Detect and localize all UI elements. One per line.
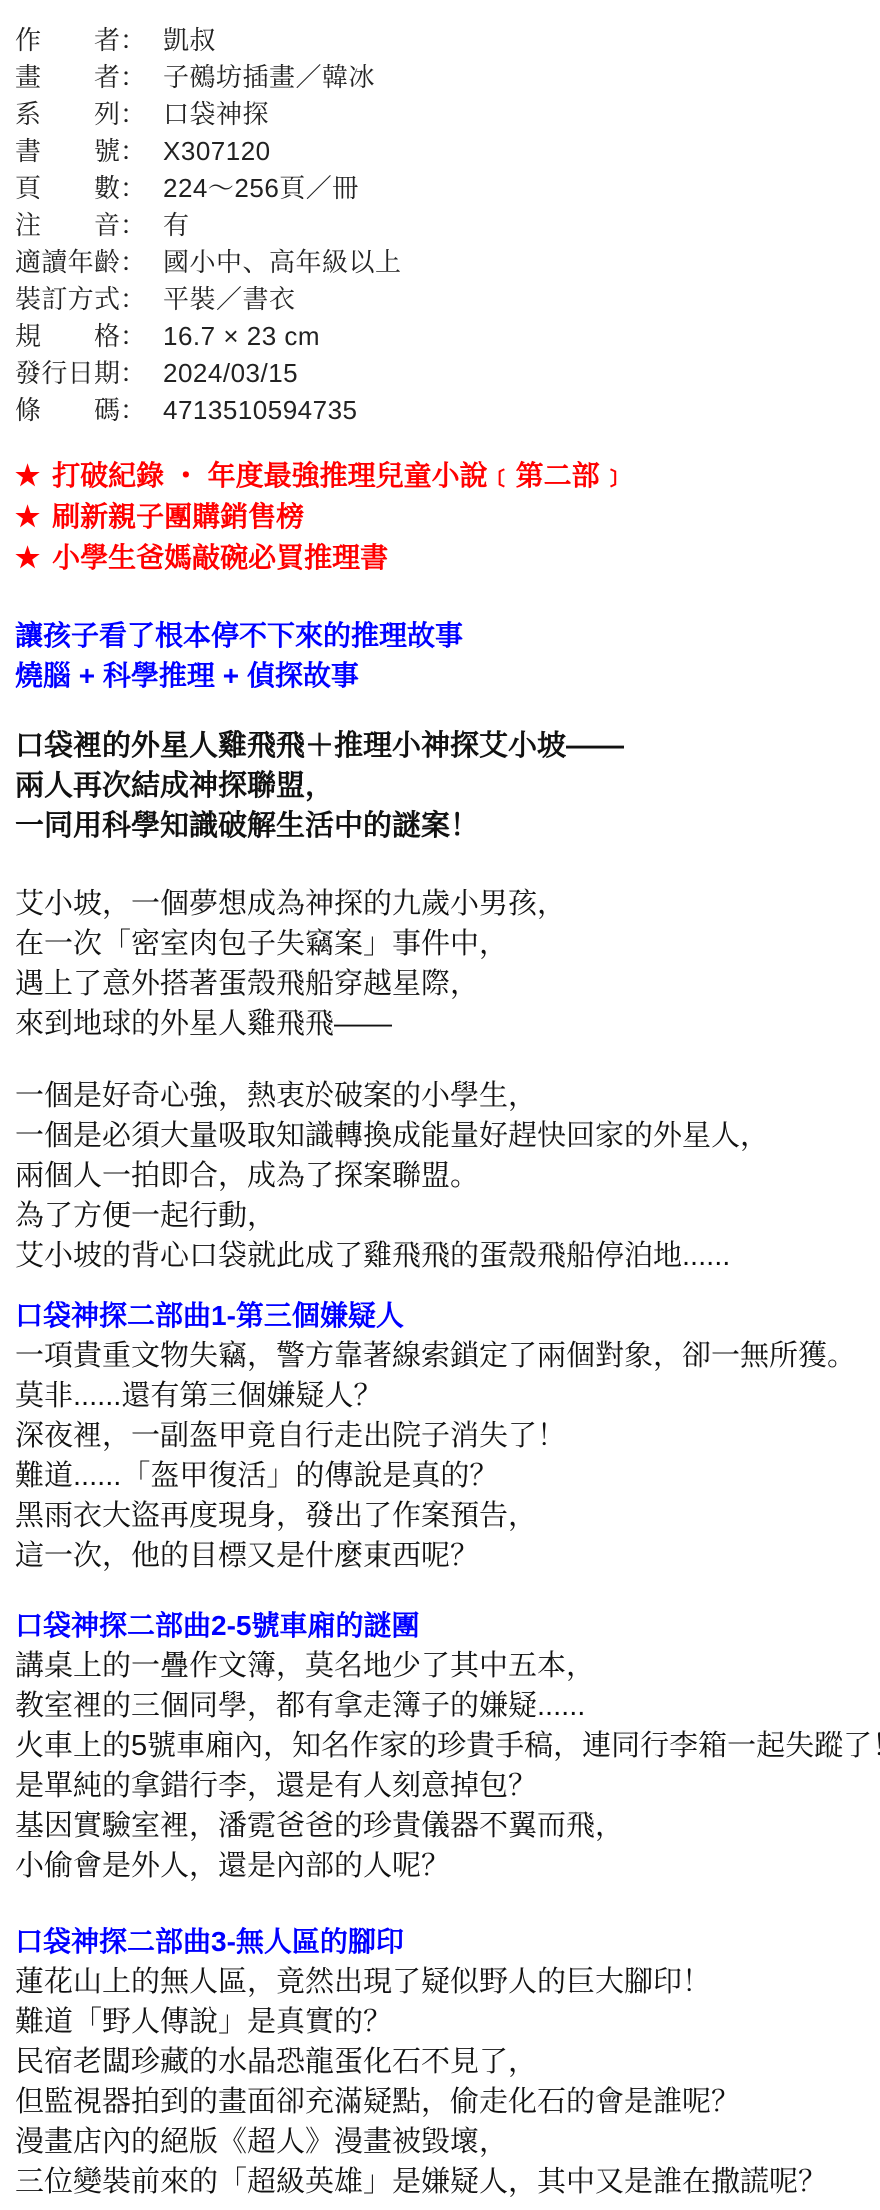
meta-row-zhuyin: 注音：有	[15, 207, 875, 244]
tagline-block: 讓孩子看了根本停不下來的推理故事 燒腦 + 科學推理 + 偵探故事	[15, 616, 875, 696]
meta-label: 頁數	[15, 170, 120, 207]
story-line: 艾小坡的背心口袋就此成了雞飛飛的蛋殼飛船停泊地......	[15, 1236, 875, 1276]
tagline-line: 燒腦 + 科學推理 + 偵探故事	[15, 656, 875, 696]
meta-label: 適讀年齡	[15, 244, 120, 281]
highlight-line: ★刷新親子團購銷售榜	[15, 496, 875, 537]
book-section-heading: 口袋神探二部曲3-無人區的腳印	[15, 1922, 875, 1962]
section-line: 難道......「盔甲復活」的傳說是真的？	[15, 1456, 875, 1496]
story-line: 兩個人一拍即合，成為了探案聯盟。	[15, 1156, 875, 1196]
book-section-heading: 口袋神探二部曲2-5號車廂的謎團	[15, 1606, 875, 1646]
section-line: 這一次，他的目標又是什麼東西呢？	[15, 1536, 875, 1576]
meta-label: 發行日期	[15, 355, 120, 392]
meta-colon: ：	[120, 318, 146, 355]
meta-colon: ：	[120, 133, 146, 170]
meta-colon: ：	[120, 244, 146, 281]
meta-row-illustrator: 畫者：子鵺坊插畫／韓冰	[15, 59, 875, 96]
section-line: 莫非......還有第三個嫌疑人？	[15, 1376, 875, 1416]
book-metadata: 作者：凱叔 畫者：子鵺坊插畫／韓冰 系列：口袋神探 書號：X307120 頁數：…	[15, 22, 875, 429]
meta-row-pages: 頁數：224～256頁／冊	[15, 170, 875, 207]
book-section-3: 口袋神探二部曲3-無人區的腳印 蓮花山上的無人區，竟然出現了疑似野人的巨大腳印！…	[15, 1922, 875, 2202]
meta-row-dimensions: 規格：16.7 × 23 cm	[15, 318, 875, 355]
meta-value: 4713510594735	[163, 395, 357, 425]
star-icon: ★	[15, 542, 40, 573]
series-intro-line: 兩人再次結成神探聯盟，	[15, 766, 875, 806]
highlight-line: ★小學生爸媽敲碗必買推理書	[15, 537, 875, 578]
meta-label: 規格	[15, 318, 120, 355]
section-line: 蓮花山上的無人區，竟然出現了疑似野人的巨大腳印！	[15, 1962, 875, 2002]
meta-label: 畫者	[15, 59, 120, 96]
highlight-text: 刷新親子團購銷售榜	[52, 501, 304, 532]
section-line: 講桌上的一疊作文簿，莫名地少了其中五本，	[15, 1646, 875, 1686]
book-section-2: 口袋神探二部曲2-5號車廂的謎團 講桌上的一疊作文簿，莫名地少了其中五本， 教室…	[15, 1606, 875, 1886]
star-icon: ★	[15, 501, 40, 532]
meta-colon: ：	[120, 207, 146, 244]
story-line: 為了方便一起行動，	[15, 1196, 875, 1236]
meta-value: 平裝／書衣	[163, 284, 296, 314]
section-line: 是單純的拿錯行李，還是有人刻意掉包？	[15, 1766, 875, 1806]
book-section-heading: 口袋神探二部曲1-第三個嫌疑人	[15, 1296, 875, 1336]
meta-colon: ：	[120, 392, 146, 429]
meta-row-barcode: 條碼：4713510594735	[15, 392, 875, 429]
meta-value: 有	[163, 210, 190, 240]
meta-row-release-date: 發行日期：2024/03/15	[15, 355, 875, 392]
meta-value: 224～256頁／冊	[163, 173, 359, 203]
section-line: 深夜裡，一副盔甲竟自行走出院子消失了！	[15, 1416, 875, 1456]
meta-value: 16.7 × 23 cm	[163, 321, 320, 351]
meta-colon: ：	[120, 170, 146, 207]
meta-row-reading-age: 適讀年齡：國小中、高年級以上	[15, 244, 875, 281]
section-line: 一項貴重文物失竊，警方靠著線索鎖定了兩個對象，卻一無所獲。	[15, 1336, 875, 1376]
meta-label: 作者	[15, 22, 120, 59]
book-detail-page: 作者：凱叔 畫者：子鵺坊插畫／韓冰 系列：口袋神探 書號：X307120 頁數：…	[0, 0, 880, 2210]
meta-label: 注音	[15, 207, 120, 244]
meta-value: 2024/03/15	[163, 358, 298, 388]
story-line: 一個是必須大量吸取知識轉換成能量好趕快回家的外星人，	[15, 1116, 875, 1156]
series-intro-line: 口袋裡的外星人雞飛飛＋推理小神探艾小坡——	[15, 726, 875, 766]
highlights-block: ★打破紀錄 ・ 年度最強推理兒童小說﹝第二部﹞ ★刷新親子團購銷售榜 ★小學生爸…	[15, 455, 875, 578]
story-line: 一個是好奇心強，熱衷於破案的小學生，	[15, 1076, 875, 1116]
highlight-line: ★打破紀錄 ・ 年度最強推理兒童小說﹝第二部﹞	[15, 455, 875, 496]
story-paragraph-2: 一個是好奇心強，熱衷於破案的小學生， 一個是必須大量吸取知識轉換成能量好趕快回家…	[15, 1076, 875, 1276]
section-line: 小偷會是外人，還是內部的人呢？	[15, 1846, 875, 1886]
highlight-text: 打破紀錄 ・ 年度最強推理兒童小說﹝第二部﹞	[52, 460, 628, 491]
meta-label: 書號	[15, 133, 120, 170]
meta-value: 口袋神探	[163, 99, 269, 129]
story-line: 在一次「密室肉包子失竊案」事件中，	[15, 924, 875, 964]
meta-colon: ：	[120, 355, 146, 392]
meta-label: 裝訂方式	[15, 281, 120, 318]
book-section-1: 口袋神探二部曲1-第三個嫌疑人 一項貴重文物失竊，警方靠著線索鎖定了兩個對象，卻…	[15, 1296, 875, 1576]
meta-row-binding: 裝訂方式：平裝／書衣	[15, 281, 875, 318]
section-line: 黑雨衣大盜再度現身，發出了作案預告，	[15, 1496, 875, 1536]
section-line: 三位變裝前來的「超級英雄」是嫌疑人，其中又是誰在撒謊呢？	[15, 2162, 875, 2202]
meta-value: 國小中、高年級以上	[163, 247, 402, 277]
story-line: 來到地球的外星人雞飛飛——	[15, 1004, 875, 1044]
meta-colon: ：	[120, 22, 146, 59]
meta-value: X307120	[163, 136, 271, 166]
section-line: 民宿老闆珍藏的水晶恐龍蛋化石不見了，	[15, 2042, 875, 2082]
star-icon: ★	[15, 460, 40, 491]
section-line: 火車上的5號車廂內，知名作家的珍貴手稿，連同行李箱一起失蹤了！	[15, 1726, 875, 1766]
series-intro-block: 口袋裡的外星人雞飛飛＋推理小神探艾小坡—— 兩人再次結成神探聯盟， 一同用科學知…	[15, 726, 875, 846]
meta-row-series: 系列：口袋神探	[15, 96, 875, 133]
meta-colon: ：	[120, 96, 146, 133]
meta-label: 條碼	[15, 392, 120, 429]
meta-row-book-number: 書號：X307120	[15, 133, 875, 170]
meta-label: 系列	[15, 96, 120, 133]
meta-value: 凱叔	[163, 25, 216, 55]
section-line: 教室裡的三個同學，都有拿走簿子的嫌疑......	[15, 1686, 875, 1726]
section-line: 難道「野人傳說」是真實的？	[15, 2002, 875, 2042]
meta-row-author: 作者：凱叔	[15, 22, 875, 59]
section-line: 漫畫店內的絕版《超人》漫畫被毀壞，	[15, 2122, 875, 2162]
meta-value: 子鵺坊插畫／韓冰	[163, 62, 375, 92]
tagline-line: 讓孩子看了根本停不下來的推理故事	[15, 616, 875, 656]
story-line: 艾小坡，一個夢想成為神探的九歲小男孩，	[15, 884, 875, 924]
story-line: 遇上了意外搭著蛋殼飛船穿越星際，	[15, 964, 875, 1004]
highlight-text: 小學生爸媽敲碗必買推理書	[52, 542, 388, 573]
meta-colon: ：	[120, 281, 146, 318]
section-line: 但監視器拍到的畫面卻充滿疑點，偷走化石的會是誰呢？	[15, 2082, 875, 2122]
story-paragraph-1: 艾小坡，一個夢想成為神探的九歲小男孩， 在一次「密室肉包子失竊案」事件中， 遇上…	[15, 884, 875, 1044]
meta-colon: ：	[120, 59, 146, 96]
series-intro-line: 一同用科學知識破解生活中的謎案！	[15, 806, 875, 846]
section-line: 基因實驗室裡，潘霓爸爸的珍貴儀器不翼而飛，	[15, 1806, 875, 1846]
